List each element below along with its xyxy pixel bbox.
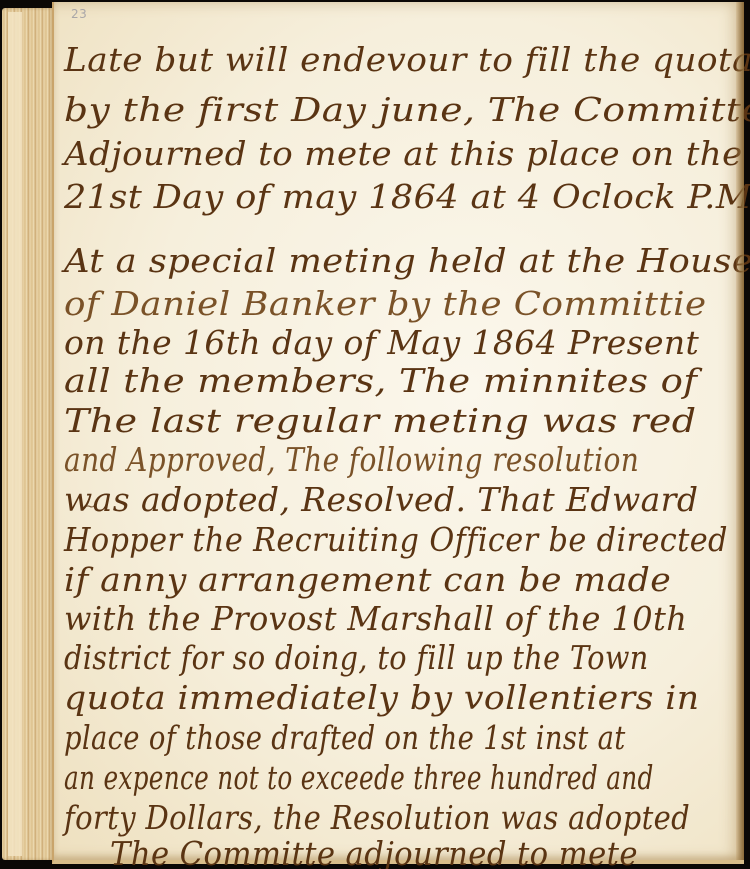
text-line-15: district for so doing, to fill up the To…: [64, 638, 649, 677]
text-line-4: 21st Day of may 1864 at 4 Oclock P.M.,: [64, 177, 750, 216]
text-line-5: At a special meting held at the House: [64, 241, 750, 280]
text-line-12: Hopper the Recruiting Officer be directe…: [64, 520, 728, 559]
text-line-18: an expence not to exceede three hundred …: [64, 758, 654, 797]
manuscript-page: 23 ~ Late but will endevour to fill the …: [52, 2, 744, 864]
text-line-3: Adjourned to mete at this place on the: [64, 134, 743, 173]
text-line-16: quota immediately by vollentiers in: [64, 678, 699, 717]
text-line-8: all the members, The minnites of: [64, 361, 697, 400]
text-line-13: if anny arrangement can be made: [64, 560, 671, 599]
text-line-6: of Daniel Banker by the Committie: [64, 284, 706, 323]
text-line-1: Late but will endevour to fill the quota: [64, 40, 750, 79]
text-line-20: The Committe adjourned to mete: [110, 834, 638, 869]
text-line-7: on the 16th day of May 1864 Present: [64, 323, 699, 362]
page-number: 23: [71, 7, 87, 21]
text-line-17: place of those drafted on the 1st inst a…: [64, 718, 626, 757]
book-scan: 23 ~ Late but will endevour to fill the …: [0, 0, 750, 869]
text-line-19: forty Dollars, the Resolution was adopte…: [64, 798, 690, 837]
stacked-page-edges: [2, 8, 54, 860]
text-line-14: with the Provost Marshall of the 10th: [64, 599, 687, 638]
text-line-11: was adopted, Resolved. That Edward: [64, 480, 698, 519]
text-line-9: The last regular meting was red: [64, 401, 697, 440]
text-line-2: by the first Day june, The Committe: [64, 90, 750, 129]
text-line-10: and Approved, The following resolution: [64, 440, 639, 479]
